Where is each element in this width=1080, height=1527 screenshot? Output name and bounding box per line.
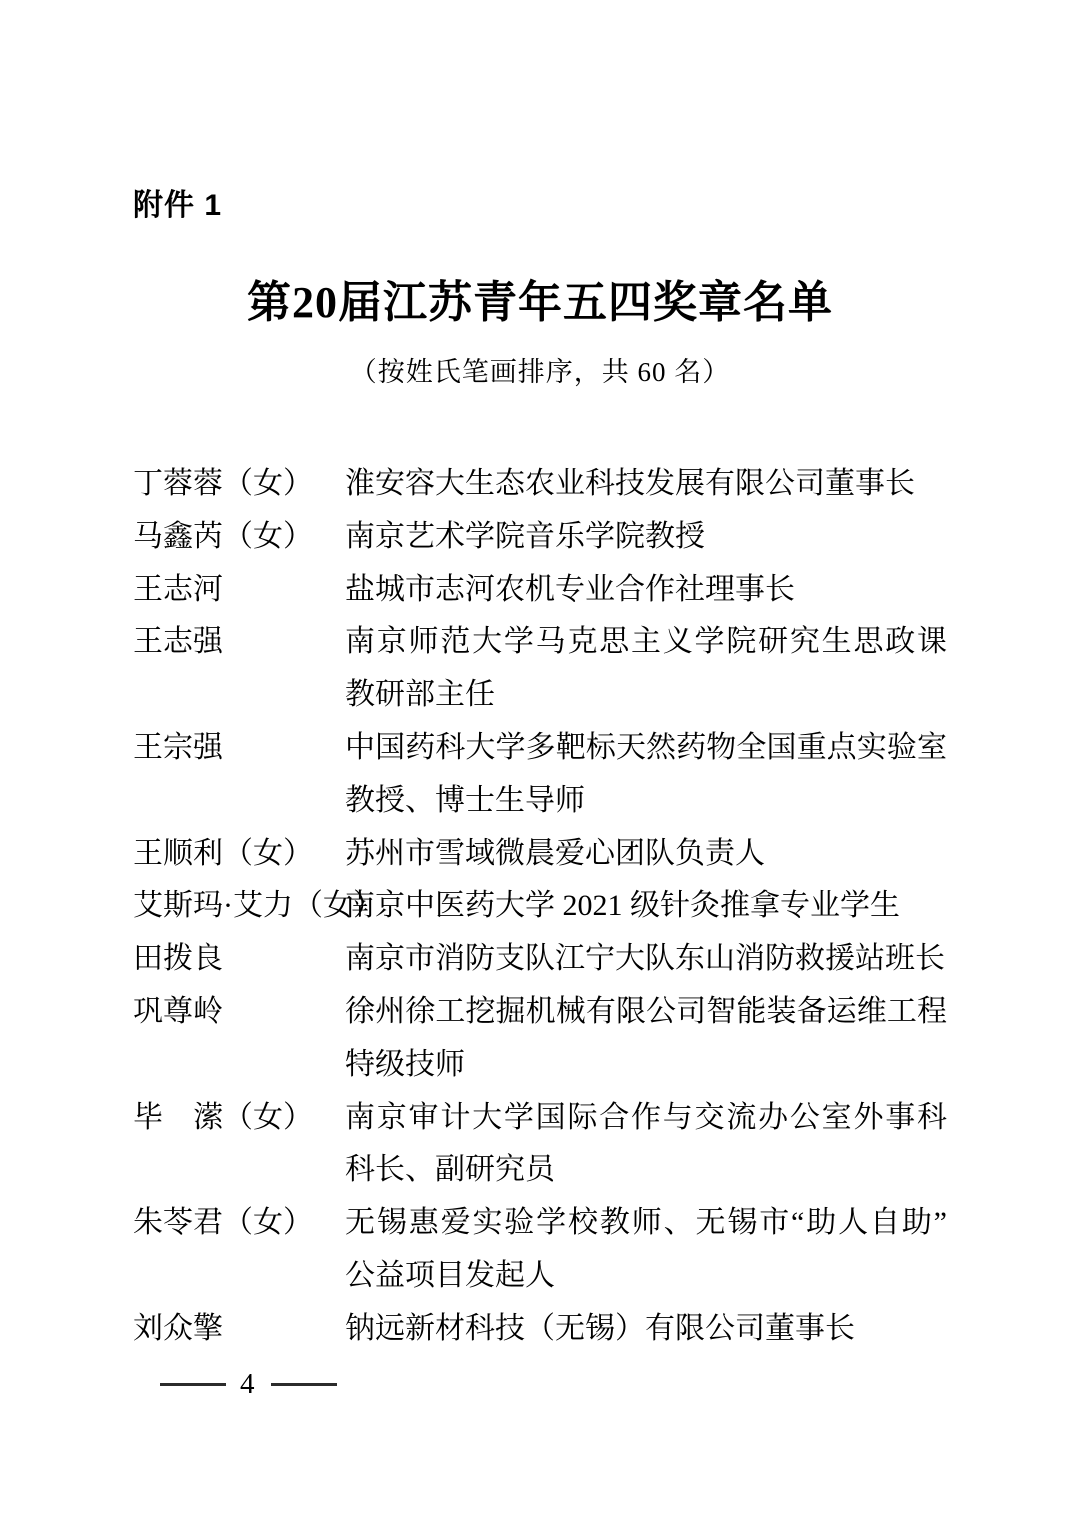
recipient-name: 王顺利（女） — [133, 828, 313, 881]
recipient-affiliation: 徐州徐工挖掘机械有限公司智能装备运维工程师、特级技师 — [345, 986, 947, 1092]
recipient-name: 刘众擎 — [133, 1303, 223, 1356]
document-page: 附件 1 第20届江苏青年五四奖章名单 （按姓氏笔画排序，共 60 名） 丁蓉蓉… — [0, 0, 1080, 1527]
page-title: 第20届江苏青年五四奖章名单 — [0, 266, 1080, 330]
recipient-name: 王志强 — [133, 616, 223, 669]
page-number: 4 — [240, 1368, 257, 1401]
affiliation-line: 教授、博士生导师 — [345, 775, 947, 828]
affiliation-line: 无锡惠爱实验学校教师、无锡市“助人自助” — [345, 1197, 947, 1250]
recipient-name: 田拨良 — [133, 933, 223, 986]
list-item: 巩尊岭徐州徐工挖掘机械有限公司智能装备运维工程师、特级技师 — [133, 986, 947, 1092]
award-list: 丁蓉蓉（女）淮安容大生态农业科技发展有限公司董事长马鑫芮（女）南京艺术学院音乐学… — [133, 458, 947, 1356]
attachment-label: 附件 1 — [133, 180, 222, 224]
affiliation-line: 科长、副研究员 — [345, 1144, 947, 1197]
page-footer: 4 — [160, 1368, 337, 1401]
list-item: 马鑫芮（女）南京艺术学院音乐学院教授 — [133, 511, 947, 564]
recipient-name: 丁蓉蓉（女） — [133, 458, 313, 511]
recipient-affiliation: 南京审计大学国际合作与交流办公室外事科科长、副研究员 — [345, 1092, 947, 1198]
affiliation-line: 南京市消防支队江宁大队东山消防救援站班长 — [345, 933, 947, 986]
affiliation-line: 特级技师 — [345, 1039, 947, 1092]
recipient-affiliation: 淮安容大生态农业科技发展有限公司董事长 — [345, 458, 947, 511]
footer-dash-left — [160, 1383, 226, 1386]
affiliation-line: 盐城市志河农机专业合作社理事长 — [345, 564, 947, 617]
list-item: 丁蓉蓉（女）淮安容大生态农业科技发展有限公司董事长 — [133, 458, 947, 511]
recipient-affiliation: 南京师范大学马克思主义学院研究生思政课教研部主任 — [345, 616, 947, 722]
recipient-affiliation: 盐城市志河农机专业合作社理事长 — [345, 564, 947, 617]
affiliation-line: 南京中医药大学 2021 级针灸推拿专业学生 — [345, 880, 947, 933]
list-item: 毕 潆（女）南京审计大学国际合作与交流办公室外事科科长、副研究员 — [133, 1092, 947, 1198]
recipient-name: 毕 潆（女） — [133, 1092, 313, 1145]
list-item: 刘众擎钠远新材科技（无锡）有限公司董事长 — [133, 1303, 947, 1356]
affiliation-line: 南京师范大学马克思主义学院研究生思政课 — [345, 616, 947, 669]
affiliation-line: 苏州市雪域微晨爱心团队负责人 — [345, 828, 947, 881]
affiliation-line: 公益项目发起人 — [345, 1250, 947, 1303]
list-item: 朱苓君（女）无锡惠爱实验学校教师、无锡市“助人自助”公益项目发起人 — [133, 1197, 947, 1303]
recipient-affiliation: 南京中医药大学 2021 级针灸推拿专业学生 — [345, 880, 947, 933]
list-item: 王志河盐城市志河农机专业合作社理事长 — [133, 564, 947, 617]
recipient-name: 巩尊岭 — [133, 986, 223, 1039]
list-item: 王宗强中国药科大学多靶标天然药物全国重点实验室教授、博士生导师 — [133, 722, 947, 828]
recipient-affiliation: 苏州市雪域微晨爱心团队负责人 — [345, 828, 947, 881]
affiliation-line: 徐州徐工挖掘机械有限公司智能装备运维工程师、 — [345, 986, 947, 1039]
recipient-affiliation: 南京市消防支队江宁大队东山消防救援站班长 — [345, 933, 947, 986]
recipient-affiliation: 南京艺术学院音乐学院教授 — [345, 511, 947, 564]
recipient-affiliation: 钠远新材科技（无锡）有限公司董事长 — [345, 1303, 947, 1356]
recipient-name: 王宗强 — [133, 722, 223, 775]
affiliation-line: 淮安容大生态农业科技发展有限公司董事长 — [345, 458, 947, 511]
recipient-name: 马鑫芮（女） — [133, 511, 313, 564]
list-item: 艾斯玛·艾力（女）南京中医药大学 2021 级针灸推拿专业学生 — [133, 880, 947, 933]
list-item: 王志强南京师范大学马克思主义学院研究生思政课教研部主任 — [133, 616, 947, 722]
affiliation-line: 中国药科大学多靶标天然药物全国重点实验室 — [345, 722, 947, 775]
affiliation-line: 南京审计大学国际合作与交流办公室外事科 — [345, 1092, 947, 1145]
recipient-affiliation: 中国药科大学多靶标天然药物全国重点实验室教授、博士生导师 — [345, 722, 947, 828]
affiliation-line: 钠远新材科技（无锡）有限公司董事长 — [345, 1303, 947, 1356]
list-item: 王顺利（女）苏州市雪域微晨爱心团队负责人 — [133, 828, 947, 881]
footer-dash-right — [271, 1383, 337, 1386]
affiliation-line: 教研部主任 — [345, 669, 947, 722]
affiliation-line: 南京艺术学院音乐学院教授 — [345, 511, 947, 564]
recipient-name: 朱苓君（女） — [133, 1197, 313, 1250]
recipient-name: 艾斯玛·艾力（女） — [133, 880, 383, 933]
page-subtitle: （按姓氏笔画排序，共 60 名） — [0, 350, 1080, 389]
list-item: 田拨良南京市消防支队江宁大队东山消防救援站班长 — [133, 933, 947, 986]
recipient-affiliation: 无锡惠爱实验学校教师、无锡市“助人自助”公益项目发起人 — [345, 1197, 947, 1303]
recipient-name: 王志河 — [133, 564, 223, 617]
